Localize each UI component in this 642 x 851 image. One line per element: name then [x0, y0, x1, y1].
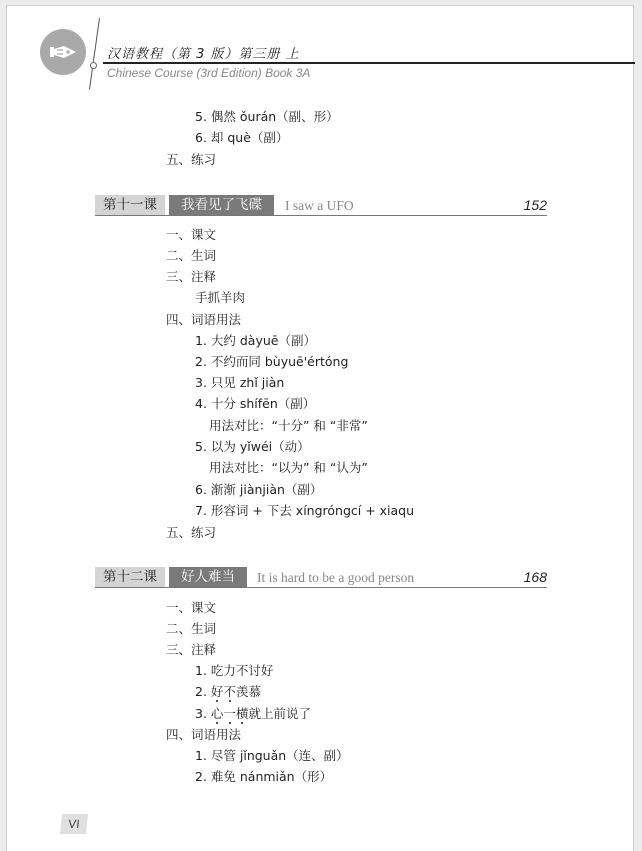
toc-item[interactable]: 一、课文	[166, 600, 216, 616]
item-prefix: 3.	[195, 706, 211, 721]
toc-item[interactable]: 二、生词	[166, 248, 216, 264]
toc-item[interactable]: 四、词语用法	[166, 312, 241, 328]
book-title-english: Chinese Course (3rd Edition) Book 3A	[107, 66, 310, 80]
lesson-title-chinese: 好人难当	[169, 567, 247, 587]
toc-item[interactable]: 手抓羊肉	[195, 290, 245, 306]
toc-item[interactable]: 四、词语用法	[166, 727, 241, 743]
lesson-title-english: It is hard to be a good person	[257, 567, 414, 587]
emphasized-char: 横	[236, 706, 249, 721]
toc-item[interactable]: 1. 吃力不讨好	[195, 663, 273, 679]
lesson-title-english: I saw a UFO	[285, 195, 354, 215]
page-number: VI	[60, 814, 88, 834]
lesson-11-heading[interactable]: 第十一课 我看见了飞碟 I saw a UFO 152	[95, 195, 547, 216]
lesson-page-number: 168	[524, 567, 547, 587]
emphasized-char: 一	[223, 706, 236, 721]
toc-item[interactable]: 6. 渐渐 jiànjiàn（副）	[195, 482, 322, 498]
item-text: 就上前说了	[248, 706, 311, 721]
toc-item[interactable]: 二、生词	[166, 621, 216, 637]
lesson-number: 第十二课	[95, 567, 165, 587]
item-text: 羡慕	[236, 684, 261, 699]
toc-item[interactable]: 5. 以为 yǐwéi（动）	[195, 439, 310, 455]
lesson-page-number: 152	[524, 195, 547, 215]
lesson-12-heading[interactable]: 第十二课 好人难当 It is hard to be a good person…	[95, 567, 547, 588]
toc-item[interactable]: 5. 偶然 ǒurán（副、形）	[195, 109, 339, 125]
toc-item[interactable]: 三、注释	[166, 269, 216, 285]
header-divider-line	[89, 18, 100, 89]
book-title-chinese: 汉语教程（第 3 版）第三册 上	[107, 43, 300, 62]
toc-item[interactable]: 1. 大约 dàyuē（副）	[195, 333, 316, 349]
toc-item[interactable]: 2. 不约而同 bùyuē'értóng	[195, 354, 348, 370]
emphasized-char: 心	[211, 706, 224, 721]
toc-item[interactable]: 3. 只见 zhǐ jiàn	[195, 375, 284, 391]
toc-item[interactable]: 2. 难免 nánmiǎn（形）	[195, 769, 332, 785]
toc-item[interactable]: 三、注释	[166, 642, 216, 658]
toc-item[interactable]: 1. 尽管 jǐnguǎn（连、副）	[195, 748, 349, 764]
toc-item[interactable]: 3. 心一横就上前说了	[195, 706, 311, 722]
toc-item[interactable]: 7. 形容词 + 下去 xíngróngcí + xiaqu	[195, 503, 414, 519]
toc-item[interactable]: 用法对比：“十分” 和 “非常”	[209, 418, 368, 434]
toc-item[interactable]: 五、练习	[166, 525, 216, 541]
document-page: 汉语教程（第 3 版）第三册 上 Chinese Course (3rd Edi…	[6, 5, 634, 851]
header-divider-knob	[90, 62, 97, 69]
toc-item[interactable]: 五、练习	[166, 152, 216, 168]
toc-item[interactable]: 6. 却 què（副）	[195, 130, 288, 146]
lesson-title-chinese: 我看见了飞碟	[169, 195, 274, 215]
toc-item[interactable]: 2. 好不羡慕	[195, 684, 261, 700]
lesson-number: 第十一课	[95, 195, 165, 215]
emphasized-char: 不	[223, 684, 236, 699]
toc-item[interactable]: 4. 十分 shífēn（副）	[195, 396, 315, 412]
book-logo	[40, 29, 86, 75]
toc-item[interactable]: 一、课文	[166, 227, 216, 243]
header-rule	[103, 62, 635, 64]
emphasized-char: 好	[211, 684, 224, 699]
toc-item[interactable]: 用法对比：“以为” 和 “认为”	[209, 460, 368, 476]
item-prefix: 2.	[195, 684, 211, 699]
